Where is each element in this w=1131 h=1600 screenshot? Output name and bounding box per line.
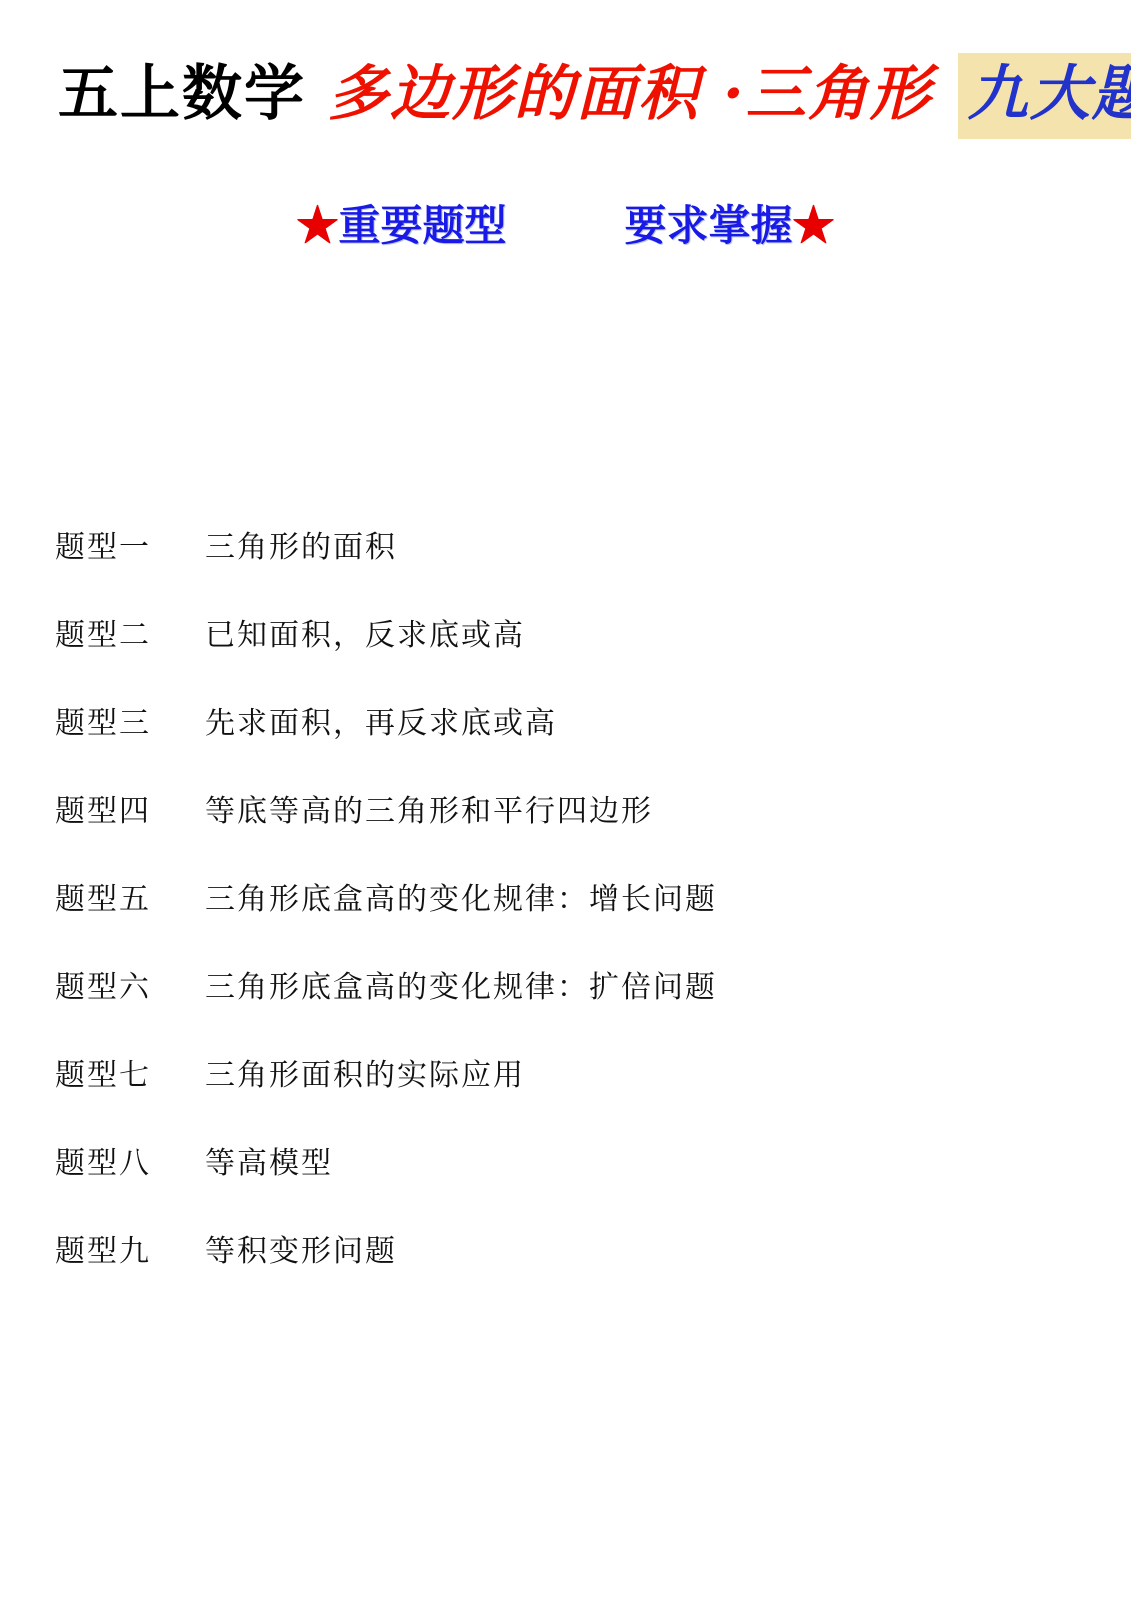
star-icon: ★ (296, 201, 338, 250)
list-item: 题型二 已知面积，反求底或高 (55, 610, 1055, 642)
list-item: 题型一 三角形的面积 (55, 522, 1055, 554)
title-highlight-badge: 九大题型 (958, 53, 1131, 139)
topic-label: 题型五 (55, 874, 205, 918)
subtitle-right-text: 要求掌握 (625, 201, 793, 250)
topic-text: 等积变形问题 (205, 1226, 397, 1270)
topic-text: 三角形面积的实际应用 (205, 1050, 525, 1094)
document-page: { "header": { "title_black": "五上数学", "ti… (0, 0, 1131, 1600)
topic-label: 题型一 (55, 522, 205, 566)
topic-label: 题型八 (55, 1138, 205, 1182)
topic-text: 三角形底盒高的变化规律：扩倍问题 (205, 962, 717, 1006)
topic-label: 题型三 (55, 698, 205, 742)
title-course-name: 五上数学 (58, 59, 306, 129)
topic-text: 等高模型 (205, 1138, 333, 1182)
topic-text: 三角形的面积 (205, 522, 397, 566)
topic-text: 已知面积，反求底或高 (205, 610, 525, 654)
subtitle: ★重要题型要求掌握★ (0, 198, 1131, 254)
topic-label: 题型九 (55, 1226, 205, 1270)
list-item: 题型六 三角形底盒高的变化规律：扩倍问题 (55, 962, 1055, 994)
topic-text: 三角形底盒高的变化规律：增长问题 (205, 874, 717, 918)
subtitle-left-text: 重要题型 (338, 201, 506, 250)
topic-label: 题型二 (55, 610, 205, 654)
list-item: 题型三 先求面积，再反求底或高 (55, 698, 1055, 730)
topic-label: 题型七 (55, 1050, 205, 1094)
topic-text: 等底等高的三角形和平行四边形 (205, 786, 653, 830)
list-item: 题型九 等积变形问题 (55, 1226, 1055, 1258)
list-item: 题型五 三角形底盒高的变化规律：增长问题 (55, 874, 1055, 906)
list-item: 题型四 等底等高的三角形和平行四边形 (55, 786, 1055, 818)
page-title: 五上数学多边形的面积 ·三角形九大题型 (58, 48, 1098, 140)
title-chapter-name: 多边形的面积 ·三角形 (328, 59, 932, 129)
topic-text: 先求面积，再反求底或高 (205, 698, 557, 742)
star-icon: ★ (793, 201, 835, 250)
topic-label: 题型六 (55, 962, 205, 1006)
topic-label: 题型四 (55, 786, 205, 830)
topic-list: 题型一 三角形的面积 题型二 已知面积，反求底或高 题型三 先求面积，再反求底或… (55, 522, 1055, 1314)
list-item: 题型八 等高模型 (55, 1138, 1055, 1170)
list-item: 题型七 三角形面积的实际应用 (55, 1050, 1055, 1082)
